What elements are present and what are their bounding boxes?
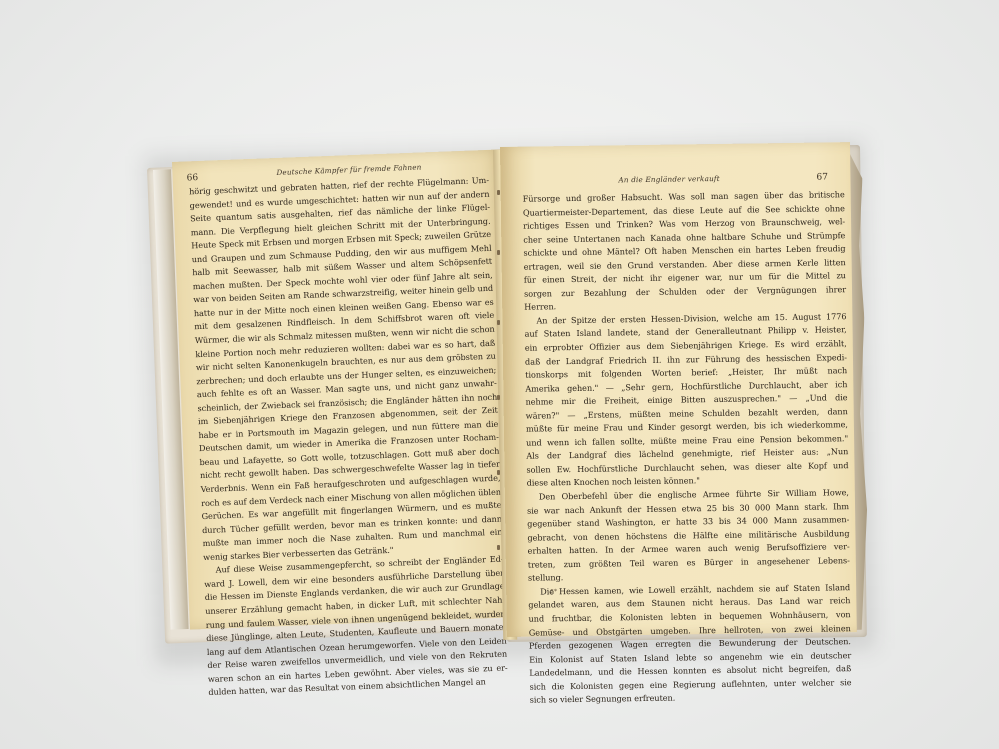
right-page: An die Engländer verkauft 67 Fürsorge un… xyxy=(500,142,857,637)
left-page-text: hörig geschwitzt und gebraten hatten, ri… xyxy=(189,174,509,700)
binding-stitch xyxy=(497,395,500,400)
binding-stitch xyxy=(497,250,500,255)
open-book: Deutsche Kämpfer für fremde Fahnen 66 hö… xyxy=(0,0,999,749)
right-page-number: 67 xyxy=(816,172,828,182)
binding-stitch xyxy=(497,545,500,550)
binding-stitch xyxy=(497,320,500,325)
right-running-head: An die Engländer verkauft xyxy=(618,174,719,184)
binding-stitch xyxy=(497,470,500,475)
binding-stitch xyxy=(497,190,500,195)
left-page: Deutsche Kämpfer für fremde Fahnen 66 hö… xyxy=(172,149,520,629)
left-page-number: 66 xyxy=(186,173,198,183)
left-running-head: Deutsche Kämpfer für fremde Fahnen xyxy=(276,162,421,177)
right-page-text: Fürsorge und großer Habsucht. Was soll m… xyxy=(523,188,852,707)
signature-mark: 5* xyxy=(550,588,557,595)
